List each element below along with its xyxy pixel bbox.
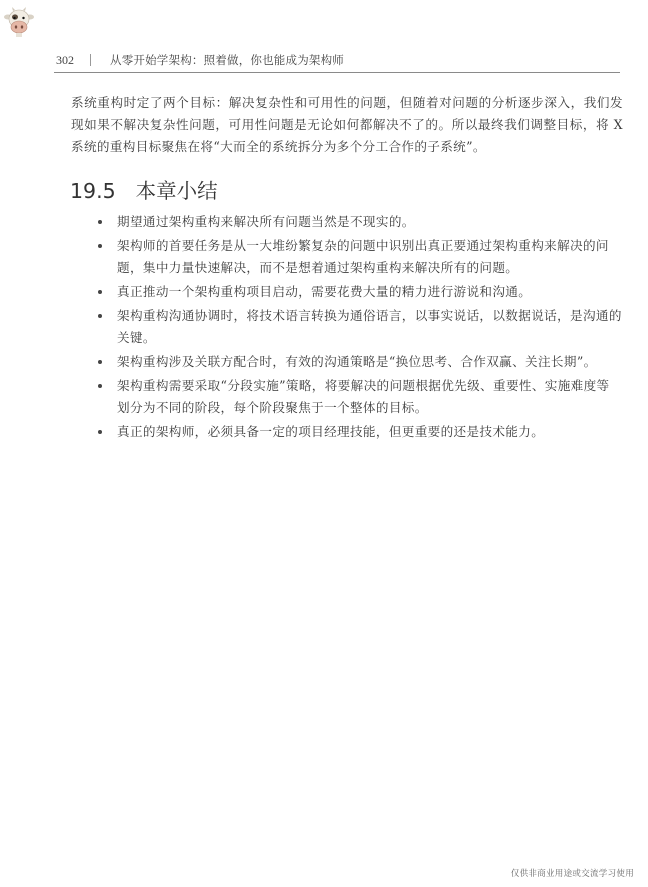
cow-mascot-icon <box>4 6 34 38</box>
list-item-text: 真正推动一个架构重构项目启动，需要花费大量的精力进行游说和沟通。 <box>117 284 531 299</box>
list-item-text: 期望通过架构重构来解决所有问题当然是不现实的。 <box>117 214 415 229</box>
list-item: 期望通过架构重构来解决所有问题当然是不现实的。 <box>92 211 622 233</box>
book-title: 从零开始学架构：照着做，你也能成为架构师 <box>110 50 344 70</box>
list-item-text: 架构师的首要任务是从一大堆纷繁复杂的问题中识别出真正要通过架构重构来解决的问题，… <box>117 238 609 275</box>
bullet-icon <box>98 220 102 224</box>
list-item: 真正推动一个架构重构项目启动，需要花费大量的精力进行游说和沟通。 <box>92 281 622 303</box>
footer-watermark: 仅供非商业用途或交流学习使用 <box>511 867 634 879</box>
list-item-text: 架构重构沟通协调时，将技术语言转换为通俗语言，以事实说话，以数据说话，是沟通的关… <box>117 308 622 345</box>
header-separator <box>90 54 91 66</box>
section-heading: 19.5本章小结 <box>70 174 218 204</box>
page-number: 302 <box>56 50 74 70</box>
list-item-text: 真正的架构师，必须具备一定的项目经理技能，但更重要的还是技术能力。 <box>117 424 544 439</box>
section-number: 19.5 <box>70 179 116 203</box>
bullet-icon <box>98 430 102 434</box>
list-item-text: 架构重构涉及关联方配合时，有效的沟通策略是“换位思考、合作双赢、关注长期”。 <box>117 354 597 369</box>
bullet-icon <box>98 360 102 364</box>
running-head: 302 从零开始学架构：照着做，你也能成为架构师 <box>54 50 620 73</box>
section-title: 本章小结 <box>136 179 218 203</box>
list-item: 真正的架构师，必须具备一定的项目经理技能，但更重要的还是技术能力。 <box>92 421 622 443</box>
intro-paragraph: 系统重构时定了两个目标：解决复杂性和可用性的问题，但随着对问题的分析逐步深入，我… <box>71 92 623 158</box>
bullet-icon <box>98 314 102 318</box>
bullet-icon <box>98 384 102 388</box>
list-item: 架构重构沟通协调时，将技术语言转换为通俗语言，以事实说话，以数据说话，是沟通的关… <box>92 305 622 349</box>
list-item-text: 架构重构需要采取“分段实施”策略，将要解决的问题根据优先级、重要性、实施难度等划… <box>117 378 610 415</box>
summary-list: 期望通过架构重构来解决所有问题当然是不现实的。 架构师的首要任务是从一大堆纷繁复… <box>92 211 622 445</box>
list-item: 架构师的首要任务是从一大堆纷繁复杂的问题中识别出真正要通过架构重构来解决的问题，… <box>92 235 622 279</box>
bullet-icon <box>98 244 102 248</box>
bullet-icon <box>98 290 102 294</box>
list-item: 架构重构涉及关联方配合时，有效的沟通策略是“换位思考、合作双赢、关注长期”。 <box>92 351 622 373</box>
list-item: 架构重构需要采取“分段实施”策略，将要解决的问题根据优先级、重要性、实施难度等划… <box>92 375 622 419</box>
